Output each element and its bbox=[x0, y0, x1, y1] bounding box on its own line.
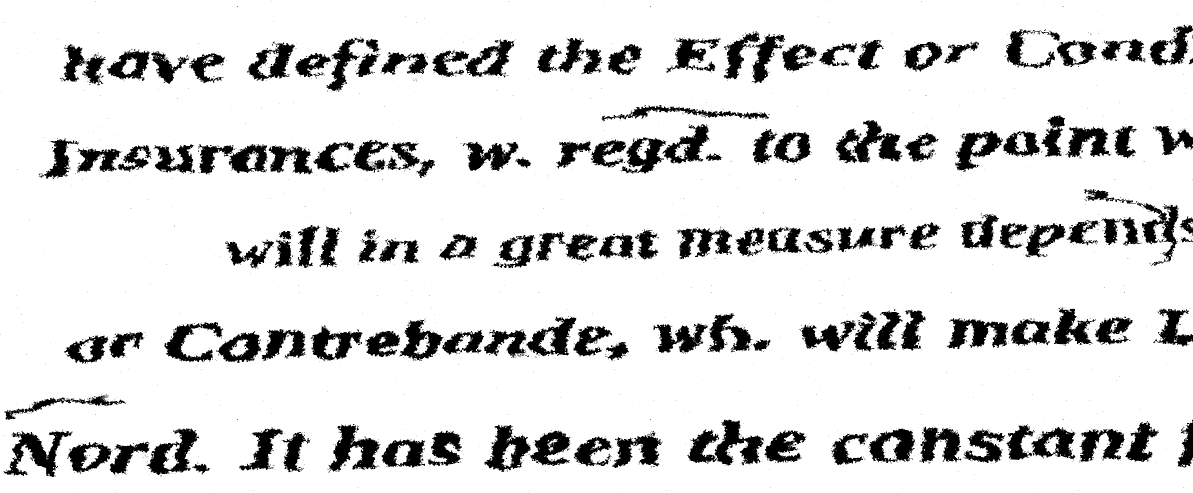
handwriting-scan-layer: have defined the Effect or Condi Insuran… bbox=[0, 0, 1193, 493]
manuscript-page: have defined the Effect or Condi Insuran… bbox=[0, 0, 1193, 493]
